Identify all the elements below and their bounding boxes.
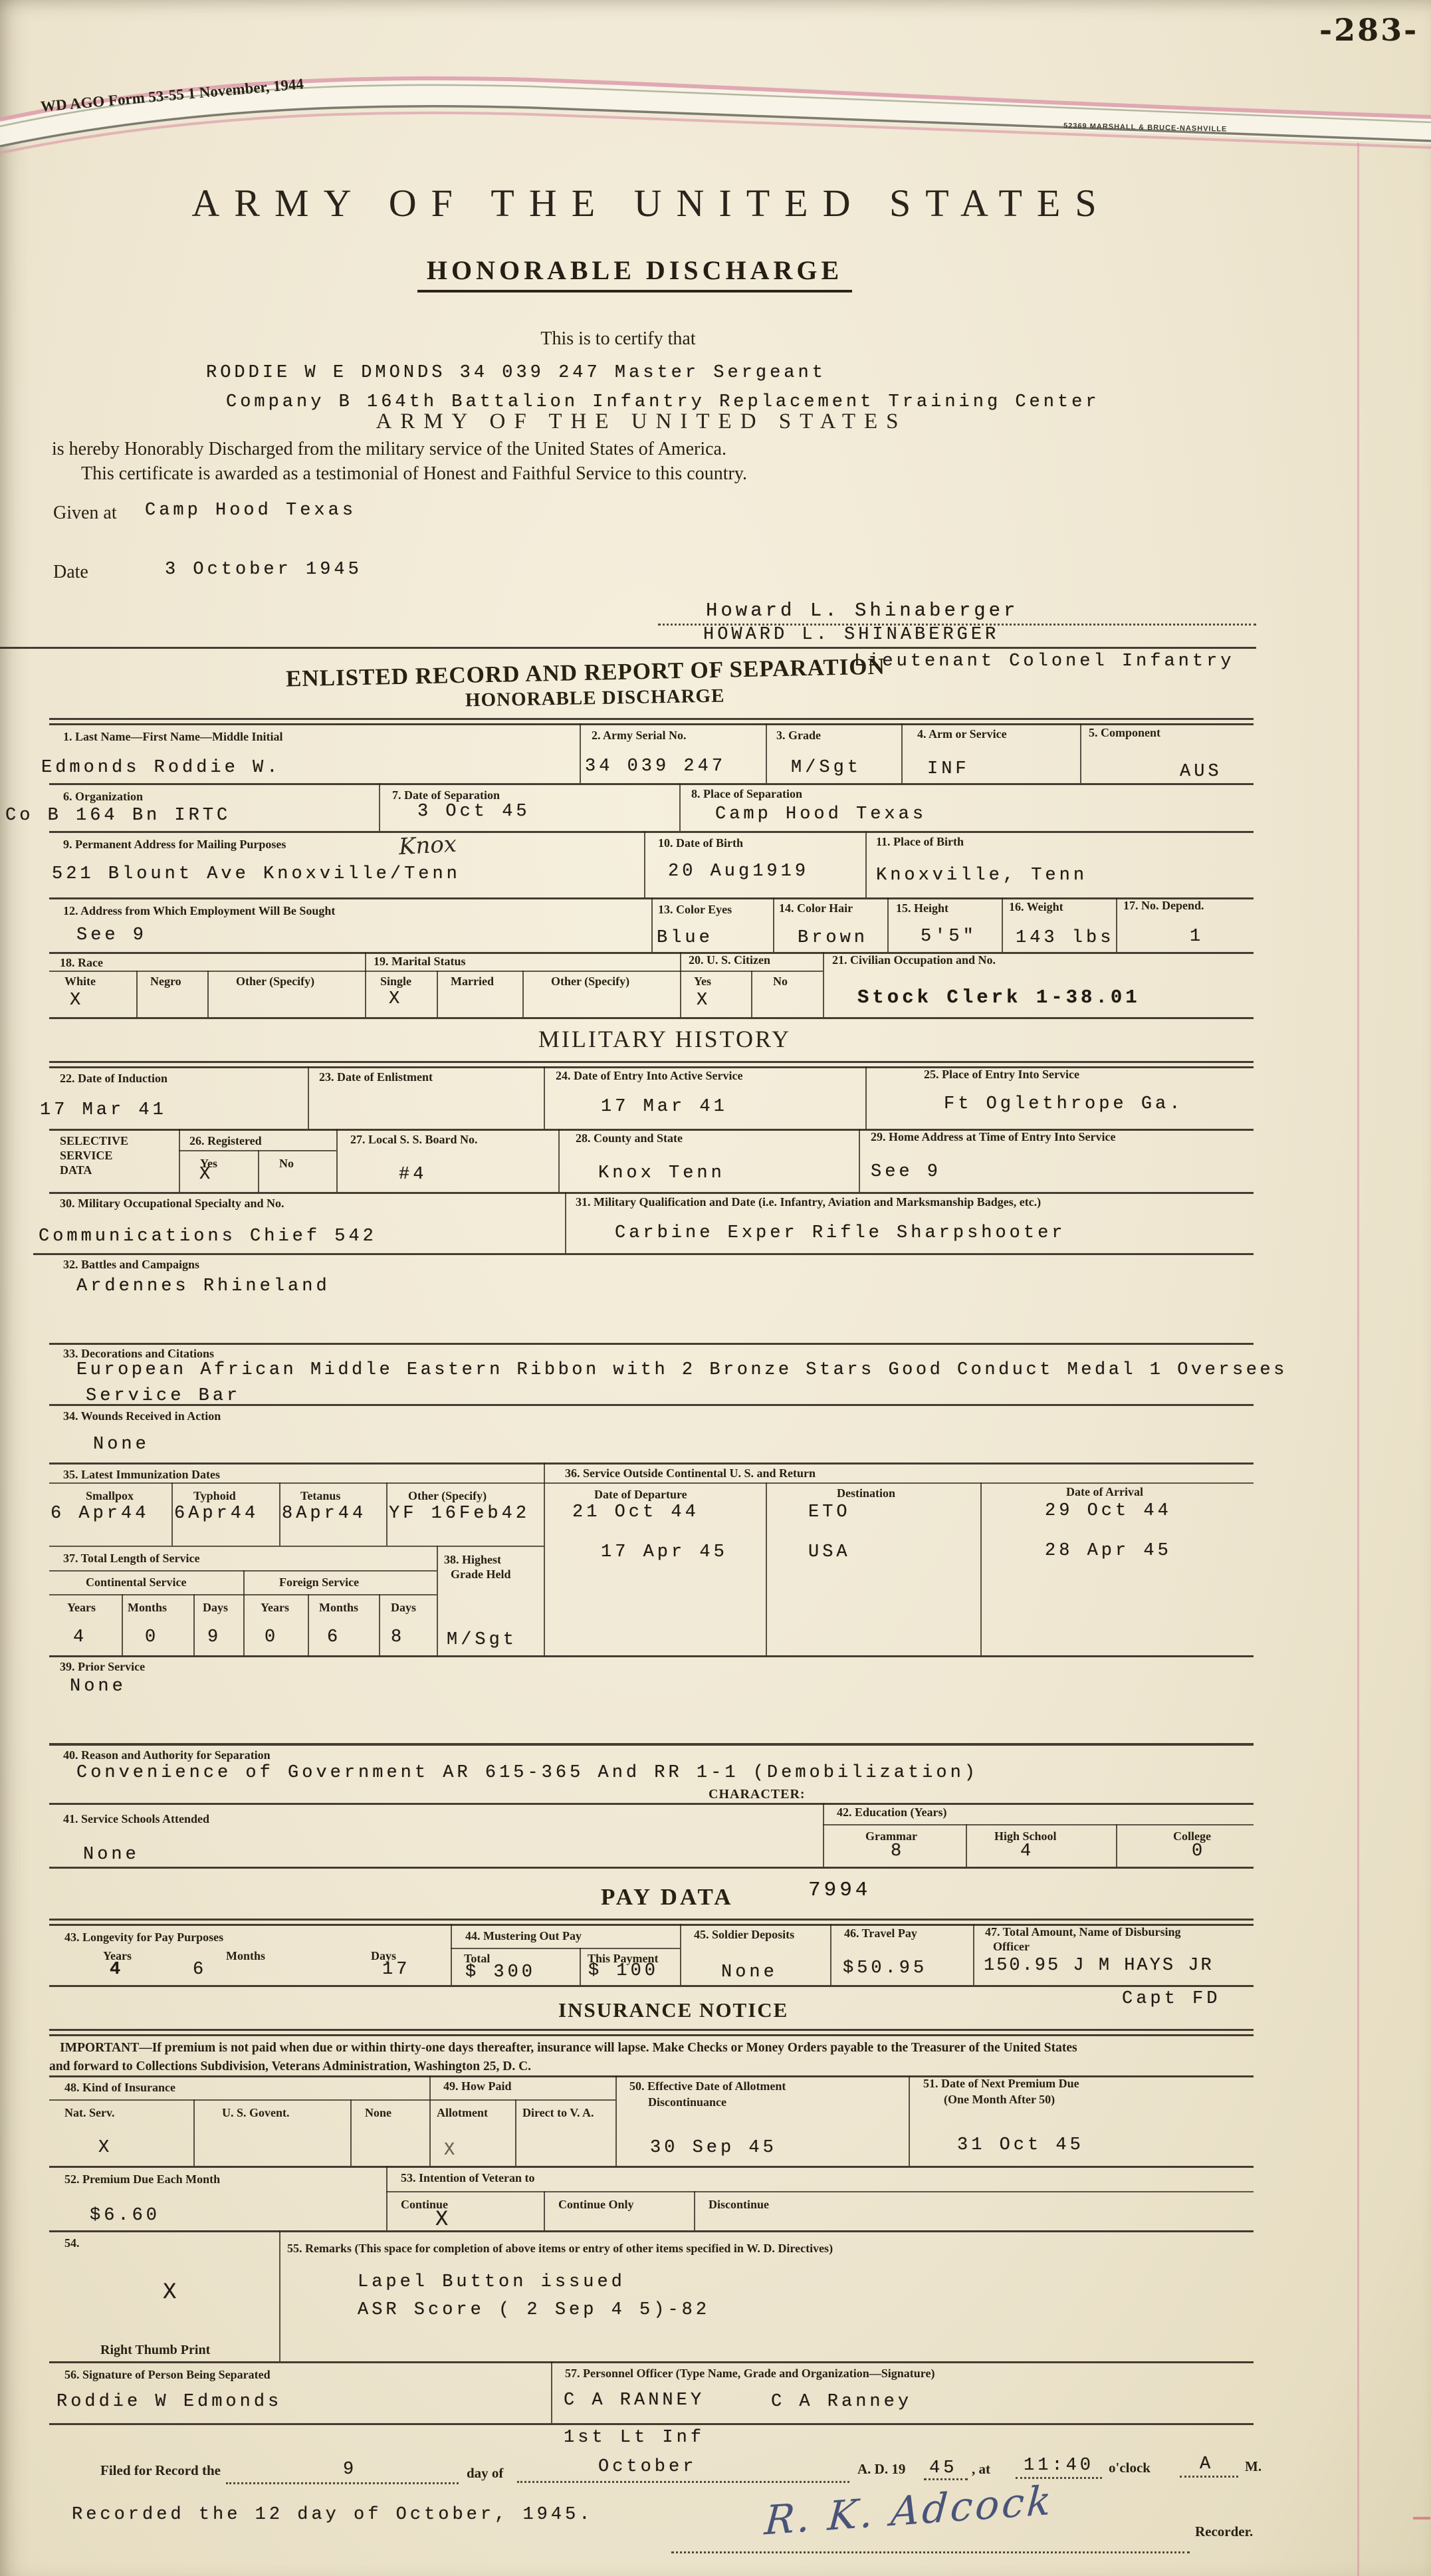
natserv-mark: X	[98, 2138, 112, 2158]
field4-value: INF	[927, 759, 970, 779]
filed-day: 9	[343, 2460, 357, 2480]
field25-label: 25. Place of Entry Into Service	[924, 1068, 1079, 1082]
filed-at: , at	[972, 2461, 990, 2478]
military-history-heading: MILITARY HISTORY	[412, 1025, 917, 1053]
highschool-value: 4	[1020, 1841, 1034, 1861]
date-label: Date	[53, 562, 88, 583]
field22-label: 22. Date of Induction	[60, 1072, 167, 1086]
field13-label: 13. Color Eyes	[658, 903, 732, 917]
signature-title: Lieutenant Colonel Infantry	[854, 651, 1234, 671]
citizen-yes-mark: X	[697, 991, 711, 1010]
field16-value: 143 lbs	[1016, 928, 1114, 948]
grammar-value: 8	[891, 1841, 905, 1861]
record-header-line1: ENLISTED RECORD AND REPORT OF SEPARATION	[286, 653, 886, 693]
departure2-value: 17 Apr 45	[601, 1542, 728, 1562]
field6-value: Co B 164 Bn IRTC	[5, 806, 231, 826]
field28-value: Knox Tenn	[598, 1163, 725, 1183]
field55-line1: Lapel Button issued	[358, 2272, 625, 2292]
field55-line2: ASR Score ( 2 Sep 4 5)-82	[358, 2300, 710, 2320]
destination-label: Destination	[837, 1486, 895, 1500]
field56-label: 56. Signature of Person Being Separated	[64, 2368, 271, 2382]
field44-label: 44. Mustering Out Pay	[465, 1929, 582, 1943]
foreign-label: Foreign Service	[279, 1576, 359, 1589]
soldier-name-line: RODDIE W E DMONDS 34 039 247 Master Serg…	[206, 363, 826, 383]
field41-value: None	[83, 1845, 140, 1865]
race-negro-label: Negro	[150, 975, 181, 989]
arrival1-value: 29 Oct 44	[1045, 1501, 1172, 1521]
other-specify-label: Other (Specify)	[408, 1489, 487, 1503]
departure-label: Date of Departure	[594, 1488, 687, 1502]
for-days-value: 8	[391, 1627, 405, 1647]
discharge-form-page: -283- WD AGO Form 53-55 1 November, 1944…	[0, 0, 1431, 2576]
filed-ad19: A. D. 19	[857, 2461, 905, 2478]
field7-value: 3 Oct 45	[417, 802, 530, 822]
field24-value: 17 Mar 41	[601, 1097, 728, 1117]
longevity-months-value: 6	[193, 1960, 207, 1980]
discontinue-label: Discontinue	[709, 2198, 769, 2212]
field5-label: 5. Component	[1089, 726, 1160, 740]
field45-label: 45. Soldier Deposits	[694, 1928, 794, 1942]
page-number: -283-	[1319, 12, 1418, 48]
insurance-heading: INSURANCE NOTICE	[558, 1998, 788, 2022]
filed-time: 11:40	[1024, 2456, 1094, 2476]
field15-label: 15. Height	[896, 901, 948, 915]
insurance-important2: and forward to Collections Subdivision, …	[49, 2059, 531, 2074]
field18-label: 18. Race	[60, 956, 103, 970]
field34-label: 34. Wounds Received in Action	[63, 1409, 221, 1423]
continue-only-label: Continue Only	[558, 2198, 634, 2212]
smallpox-label: Smallpox	[86, 1489, 134, 1503]
field32-label: 32. Battles and Campaigns	[63, 1258, 199, 1272]
field29-label: 29. Home Address at Time of Entry Into S…	[871, 1130, 1115, 1144]
field33-line1: European African Middle Eastern Ribbon w…	[76, 1360, 1287, 1380]
tetanus-value: 8Apr44	[282, 1504, 366, 1524]
field54-mark: X	[163, 2280, 179, 2305]
field57-value2: 1st Lt Inf	[564, 2428, 705, 2448]
mustering-payment-value: $ 100	[588, 1961, 659, 1981]
destination1-value: ETO	[808, 1502, 851, 1522]
field34-value: None	[93, 1435, 150, 1455]
certificate-subtitle: HONORABLE DISCHARGE	[302, 255, 967, 293]
filed-m: M.	[1245, 2458, 1262, 2475]
field47-label1: 47. Total Amount, Name of Disbursing	[985, 1925, 1181, 1939]
field45-value: None	[721, 1962, 778, 1982]
field6-label: 6. Organization	[63, 790, 143, 804]
marital-single-label: Single	[380, 975, 411, 989]
field57-typed: C A RANNEY	[564, 2391, 705, 2410]
field21-value: Stock Clerk 1-38.01	[857, 987, 1141, 1008]
field12-label: 12. Address from Which Employment Will B…	[63, 904, 335, 918]
field10-label: 10. Date of Birth	[658, 836, 743, 850]
field4-label: 4. Arm or Service	[917, 727, 1007, 741]
field27-value: #4	[399, 1165, 427, 1185]
field33-line2: Service Bar	[86, 1386, 241, 1406]
field38-value: M/Sgt	[447, 1630, 517, 1650]
field38-label2: Grade Held	[451, 1568, 511, 1581]
certificate-body1: is hereby Honorably Discharged from the …	[52, 439, 726, 460]
signature-rule	[0, 647, 1256, 649]
smallpox-value: 6 Apr44	[51, 1504, 149, 1524]
given-at-label: Given at	[53, 503, 117, 524]
filed-ampm: A	[1200, 2454, 1214, 2474]
continental-label: Continental Service	[86, 1576, 186, 1589]
field17-value: 1	[1190, 927, 1204, 947]
field17-label: 17. No. Depend.	[1123, 899, 1204, 913]
field47-label2: Officer	[993, 1940, 1030, 1954]
cont-years-value: 4	[73, 1627, 87, 1647]
field43-label: 43. Longevity for Pay Purposes	[64, 1931, 223, 1944]
field26-label: 26. Registered	[189, 1134, 262, 1148]
field42-label: 42. Education (Years)	[837, 1806, 947, 1819]
field5-value: AUS	[1180, 762, 1222, 782]
field39-label: 39. Prior Service	[60, 1660, 145, 1674]
race-white-mark: X	[70, 991, 84, 1010]
allotment-label: Allotment	[437, 2106, 488, 2120]
field14-label: 14. Color Hair	[779, 901, 853, 915]
field7-label: 7. Date of Separation	[392, 788, 500, 802]
selective-line2: SERVICE	[60, 1149, 112, 1163]
field27-label: 27. Local S. S. Board No.	[350, 1133, 478, 1147]
certify-line: This is to certify that	[352, 328, 884, 350]
arrival2-value: 28 Apr 45	[1045, 1541, 1172, 1561]
destination2-value: USA	[808, 1542, 851, 1562]
usgovt-label: U. S. Govent.	[222, 2106, 290, 2120]
field30-value: Communications Chief 542	[39, 1227, 377, 1246]
field31-label: 31. Military Qualification and Date (i.e…	[576, 1195, 1041, 1209]
field57-label: 57. Personnel Officer (Type Name, Grade …	[565, 2367, 935, 2381]
field10-value: 20 Aug1919	[668, 862, 809, 881]
field32-value: Ardennes Rhineland	[76, 1276, 330, 1296]
field37-label: 37. Total Length of Service	[63, 1552, 200, 1566]
character-label: CHARACTER:	[709, 1787, 806, 1802]
filed-oclock: o'clock	[1109, 2460, 1151, 2476]
field35-label: 35. Latest Immunization Dates	[63, 1468, 220, 1482]
selective-line3: DATA	[60, 1163, 92, 1177]
field41-label: 41. Service Schools Attended	[63, 1812, 209, 1826]
cont-months-label: Months	[128, 1601, 167, 1615]
red-mark	[1413, 2517, 1430, 2519]
given-at-value: Camp Hood Texas	[145, 501, 356, 521]
field50-label1: 50. Effective Date of Allotment	[629, 2079, 786, 2093]
for-years-label: Years	[261, 1601, 289, 1615]
thumb-print-label: Right Thumb Print	[100, 2343, 210, 2358]
cont-years-label: Years	[67, 1601, 96, 1615]
field51-label2: (One Month After 50)	[944, 2093, 1055, 2107]
registered-no-label: No	[279, 1157, 294, 1171]
mustering-total-value: $ 300	[465, 1962, 536, 1982]
for-months-value: 6	[327, 1627, 341, 1647]
field55-label: 55. Remarks (This space for completion o…	[287, 2242, 833, 2256]
recorder-signature: R. K. Adcock	[763, 2478, 1055, 2545]
army-line: ARMY OF THE UNITED STATES	[309, 410, 974, 434]
field49-label: 49. How Paid	[443, 2079, 512, 2093]
field33-label: 33. Decorations and Citations	[63, 1347, 214, 1361]
allotment-mark: X	[444, 2141, 458, 2161]
field48-label: 48. Kind of Insurance	[64, 2081, 175, 2095]
field11-value: Knoxville, Tenn	[876, 866, 1087, 885]
field11-label: 11. Place of Birth	[876, 835, 964, 849]
pay-data-number: 7994	[808, 1879, 871, 1902]
cont-days-value: 9	[207, 1627, 221, 1647]
for-years-value: 0	[265, 1627, 278, 1647]
field46-label: 46. Travel Pay	[844, 1927, 917, 1940]
natserv-label: Nat. Serv.	[64, 2106, 115, 2120]
field50-value: 30 Sep 45	[650, 2138, 777, 2158]
arrival-label: Date of Arrival	[1066, 1485, 1143, 1499]
longevity-days-value: 17	[382, 1960, 410, 1980]
field28-label: 28. County and State	[576, 1131, 683, 1145]
field19-label: 19. Marital Status	[374, 955, 466, 969]
field52-label: 52. Premium Due Each Month	[64, 2172, 220, 2186]
record-header-line2: HONORABLE DISCHARGE	[465, 685, 725, 712]
field22-value: 17 Mar 41	[40, 1100, 167, 1120]
field2-label: 2. Army Serial No.	[592, 729, 686, 743]
direct-va-label: Direct to V. A.	[522, 2106, 594, 2120]
field47-value: 150.95 J M HAYS JR	[984, 1956, 1214, 1976]
field8-label: 8. Place of Separation	[691, 787, 802, 801]
immun-other-value: YF 16Feb42	[389, 1504, 530, 1524]
page-edge-band	[0, 53, 1431, 166]
field56-value: Roddie W Edmonds	[56, 2392, 282, 2412]
field52-value: $6.60	[90, 2206, 160, 2226]
field50-label2: Discontinuance	[648, 2095, 726, 2109]
selective-line1: SELECTIVE	[60, 1134, 128, 1148]
field38-label1: 38. Highest	[444, 1553, 501, 1567]
field39-value: None	[70, 1677, 126, 1697]
ledger-line	[1357, 143, 1359, 2576]
longevity-months-label: Months	[226, 1949, 265, 1963]
filed-dayof: day of	[467, 2465, 503, 2482]
college-value: 0	[1192, 1841, 1206, 1861]
departure1-value: 21 Oct 44	[572, 1502, 699, 1522]
typhoid-label: Typhoid	[193, 1489, 236, 1503]
insurance-important1: IMPORTANT—If premium is not paid when du…	[60, 2041, 1077, 2055]
field3-value: M/Sgt	[791, 758, 861, 778]
field1-value: Edmonds Roddie W.	[41, 758, 280, 778]
field47-value2: Capt FD	[1122, 1989, 1220, 2009]
field9-label: 9. Permanent Address for Mailing Purpose…	[63, 838, 286, 852]
certificate-body2: This certificate is awarded as a testimo…	[81, 463, 747, 485]
citizen-no-label: No	[773, 975, 788, 989]
race-other-label: Other (Specify)	[236, 975, 314, 989]
tetanus-label: Tetanus	[300, 1489, 340, 1503]
registered-yes-mark: X	[199, 1165, 213, 1185]
marital-other-label: Other (Specify)	[551, 975, 629, 989]
for-days-label: Days	[391, 1601, 416, 1615]
pay-data-heading: PAY DATA	[601, 1884, 734, 1911]
field12-value: See 9	[76, 925, 147, 945]
field15-value: 5'5"	[921, 927, 977, 947]
field51-value: 31 Oct 45	[957, 2135, 1084, 2155]
field57-signed: C A Ranney	[771, 2392, 912, 2412]
citizen-yes-label: Yes	[694, 975, 711, 989]
field30-label: 30. Military Occupational Specialty and …	[60, 1197, 284, 1211]
field24-label: 24. Date of Entry Into Active Service	[556, 1069, 742, 1083]
continue-mark: X	[435, 2207, 451, 2232]
field3-label: 3. Grade	[776, 729, 821, 743]
for-months-label: Months	[319, 1601, 358, 1615]
recorder-label: Recorder.	[1195, 2523, 1253, 2540]
marital-married-label: Married	[451, 975, 494, 989]
typhoid-value: 6Apr44	[174, 1504, 259, 1524]
field31-value: Carbine Exper Rifle Sharpshooter	[615, 1223, 1065, 1243]
field2-value: 34 039 247	[585, 757, 726, 776]
field21-label: 21. Civilian Occupation and No.	[832, 953, 996, 967]
filed-month: October	[598, 2457, 697, 2477]
field53-label: 53. Intention of Veteran to	[401, 2171, 535, 2185]
certificate-title: ARMY OF THE UNITED STATES	[186, 181, 1117, 225]
marital-single-mark: X	[389, 989, 403, 1009]
field20-label: 20. U. S. Citizen	[689, 953, 770, 967]
field25-value: Ft Oglethrope Ga.	[944, 1094, 1183, 1114]
field36-label: 36. Service Outside Continental U. S. an…	[565, 1466, 816, 1480]
field40-label: 40. Reason and Authority for Separation	[63, 1748, 271, 1762]
field1-label: 1. Last Name—First Name—Middle Initial	[63, 730, 282, 744]
field40-value: Convenience of Government AR 615-365 And…	[76, 1763, 978, 1783]
date-value: 3 October 1945	[165, 560, 362, 580]
recorded-line: Recorded the 12 day of October, 1945.	[72, 2505, 594, 2525]
field8-value: Camp Hood Texas	[715, 804, 927, 824]
cont-days-label: Days	[203, 1601, 228, 1615]
longevity-years-value: 4	[110, 1960, 124, 1980]
field51-label1: 51. Date of Next Premium Due	[923, 2077, 1079, 2091]
signature-script: Howard L. Shinaberger	[706, 600, 1018, 622]
field46-value: $50.95	[843, 1958, 927, 1978]
field23-label: 23. Date of Enlistment	[319, 1070, 433, 1084]
field9-annotation: Knox	[398, 831, 457, 860]
none-ins-label: None	[365, 2106, 391, 2120]
cont-months-value: 0	[145, 1627, 159, 1647]
field9-value: 521 Blount Ave Knoxville/Tenn	[52, 864, 461, 884]
race-white-label: White	[64, 975, 96, 989]
field13-value: Blue	[657, 928, 713, 948]
field16-label: 16. Weight	[1009, 900, 1063, 914]
field14-value: Brown	[798, 928, 868, 948]
certificate-subtitle-text: HONORABLE DISCHARGE	[417, 255, 852, 293]
filed-prefix: Filed for Record the	[100, 2462, 221, 2479]
filed-year: 45	[929, 2458, 957, 2478]
signature-typed: HOWARD L. SHINABERGER	[703, 625, 999, 645]
field29-value: See 9	[871, 1162, 941, 1182]
field54-label: 54.	[64, 2236, 80, 2250]
